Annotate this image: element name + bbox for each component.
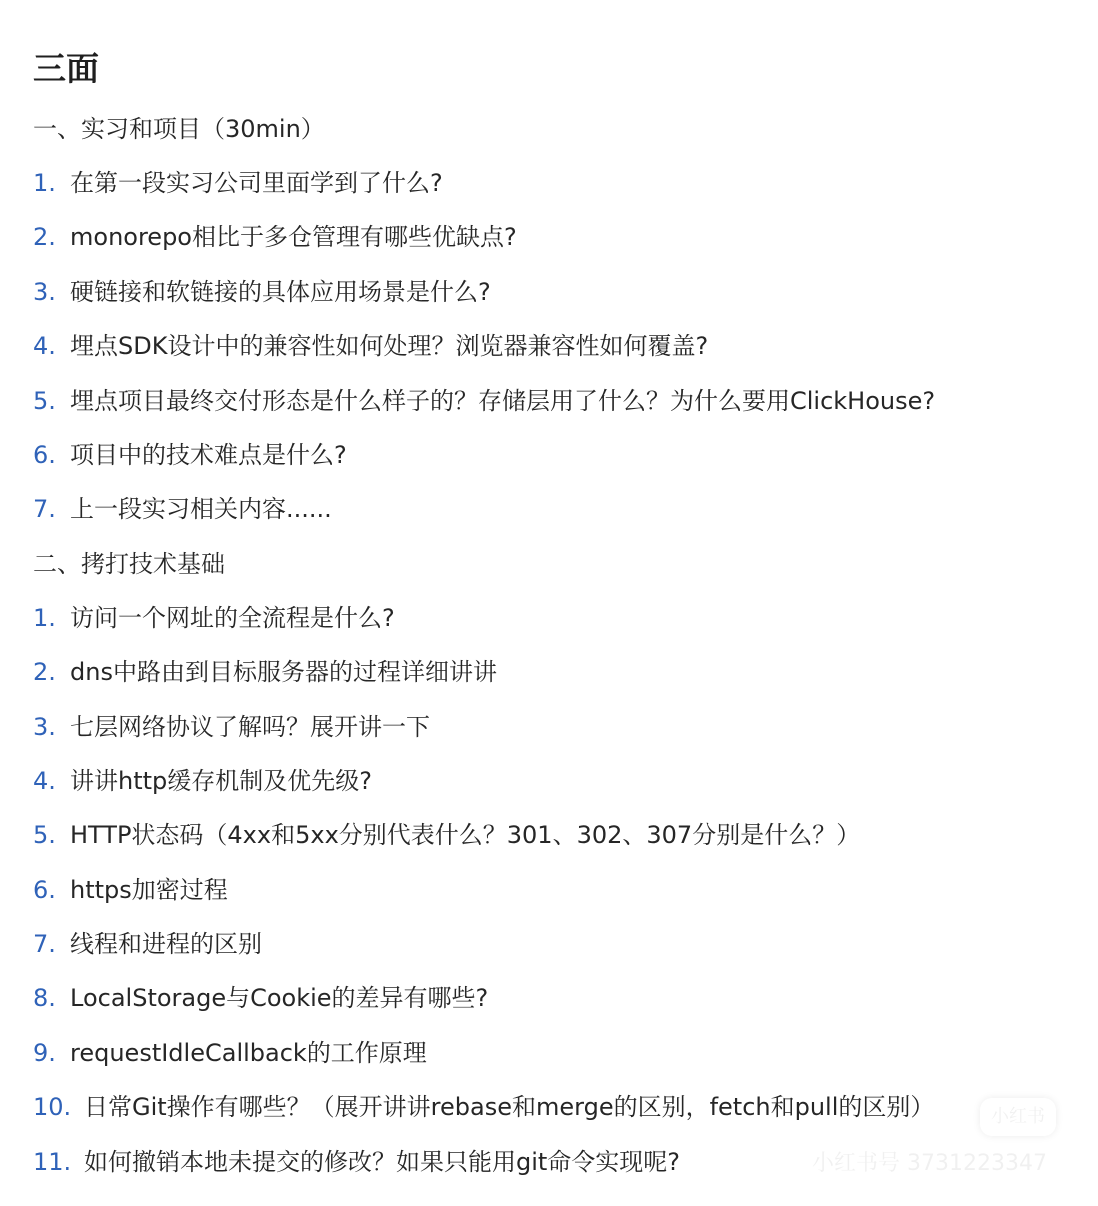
item-text: HTTP状态码（4xx和5xx分别代表什么？301、302、307分别是什么？） (70, 808, 860, 862)
list-item: 2.dns中路由到目标服务器的过程详细讲讲 (33, 645, 1078, 699)
item-number: 5. (33, 374, 70, 428)
item-text: 硬链接和软链接的具体应用场景是什么? (70, 265, 491, 319)
item-text: requestIdleCallback的工作原理 (70, 1026, 427, 1080)
item-text: 访问一个网址的全流程是什么? (70, 591, 395, 645)
list-item: 3.硬链接和软链接的具体应用场景是什么? (33, 265, 1078, 319)
list-item: 2.monorepo相比于多仓管理有哪些优缺点? (33, 210, 1078, 264)
item-text: 埋点SDK设计中的兼容性如何处理？浏览器兼容性如何覆盖? (70, 319, 708, 373)
item-text: 埋点项目最终交付形态是什么样子的？存储层用了什么？为什么要用ClickHouse… (70, 374, 935, 428)
list-item: 3.七层网络协议了解吗？展开讲一下 (33, 700, 1078, 754)
document: 三面 一、实习和项目（30min） 1.在第一段实习公司里面学到了什么? 2.m… (33, 44, 1078, 1189)
list-item: 1.在第一段实习公司里面学到了什么? (33, 156, 1078, 210)
item-number: 5. (33, 808, 70, 862)
section-heading: 二、拷打技术基础 (33, 537, 1078, 591)
item-number: 1. (33, 591, 70, 645)
list-item: 5.埋点项目最终交付形态是什么样子的？存储层用了什么？为什么要用ClickHou… (33, 374, 1078, 428)
list-item: 4.埋点SDK设计中的兼容性如何处理？浏览器兼容性如何覆盖? (33, 319, 1078, 373)
item-number: 7. (33, 917, 70, 971)
item-text: 如何撤销本地未提交的修改？如果只能用git命令实现呢? (84, 1135, 680, 1189)
item-number: 9. (33, 1026, 70, 1080)
page-title: 三面 (33, 44, 1078, 94)
item-number: 4. (33, 319, 70, 373)
item-text: 上一段实习相关内容...... (70, 482, 332, 536)
item-number: 6. (33, 863, 70, 917)
item-number: 2. (33, 645, 70, 699)
item-number: 2. (33, 210, 70, 264)
item-text: 线程和进程的区别 (70, 917, 262, 971)
item-number: 7. (33, 482, 70, 536)
item-text: 讲讲http缓存机制及优先级? (70, 754, 372, 808)
list-item: 1.访问一个网址的全流程是什么? (33, 591, 1078, 645)
watermark: 小红书 小红书号 3731223347 (812, 1098, 1062, 1178)
watermark-id: 小红书号 3731223347 (812, 1146, 1047, 1177)
section-heading: 一、实习和项目（30min） (33, 102, 1078, 156)
item-text: https加密过程 (70, 863, 228, 917)
item-number: 1. (33, 156, 70, 210)
item-number: 6. (33, 428, 70, 482)
item-text: 项目中的技术难点是什么? (70, 428, 347, 482)
item-text: monorepo相比于多仓管理有哪些优缺点? (70, 210, 517, 264)
list-item: 6.https加密过程 (33, 863, 1078, 917)
item-text: 在第一段实习公司里面学到了什么? (70, 156, 443, 210)
watermark-logo: 小红书 (980, 1098, 1056, 1136)
list-item: 7.上一段实习相关内容...... (33, 482, 1078, 536)
item-number: 3. (33, 700, 70, 754)
item-number: 10. (33, 1080, 84, 1134)
list-item: 7.线程和进程的区别 (33, 917, 1078, 971)
list-item: 5.HTTP状态码（4xx和5xx分别代表什么？301、302、307分别是什么… (33, 808, 1078, 862)
item-number: 11. (33, 1135, 84, 1189)
list-item: 8.LocalStorage与Cookie的差异有哪些? (33, 971, 1078, 1025)
item-text: 日常Git操作有哪些？（展开讲讲rebase和merge的区别，fetch和pu… (84, 1080, 934, 1134)
item-number: 4. (33, 754, 70, 808)
item-text: LocalStorage与Cookie的差异有哪些? (70, 971, 488, 1025)
item-text: dns中路由到目标服务器的过程详细讲讲 (70, 645, 497, 699)
list-item: 9.requestIdleCallback的工作原理 (33, 1026, 1078, 1080)
item-text: 七层网络协议了解吗？展开讲一下 (70, 700, 430, 754)
list-item: 4.讲讲http缓存机制及优先级? (33, 754, 1078, 808)
question-list-internship: 1.在第一段实习公司里面学到了什么? 2.monorepo相比于多仓管理有哪些优… (33, 156, 1078, 537)
item-number: 3. (33, 265, 70, 319)
item-number: 8. (33, 971, 70, 1025)
list-item: 6.项目中的技术难点是什么? (33, 428, 1078, 482)
